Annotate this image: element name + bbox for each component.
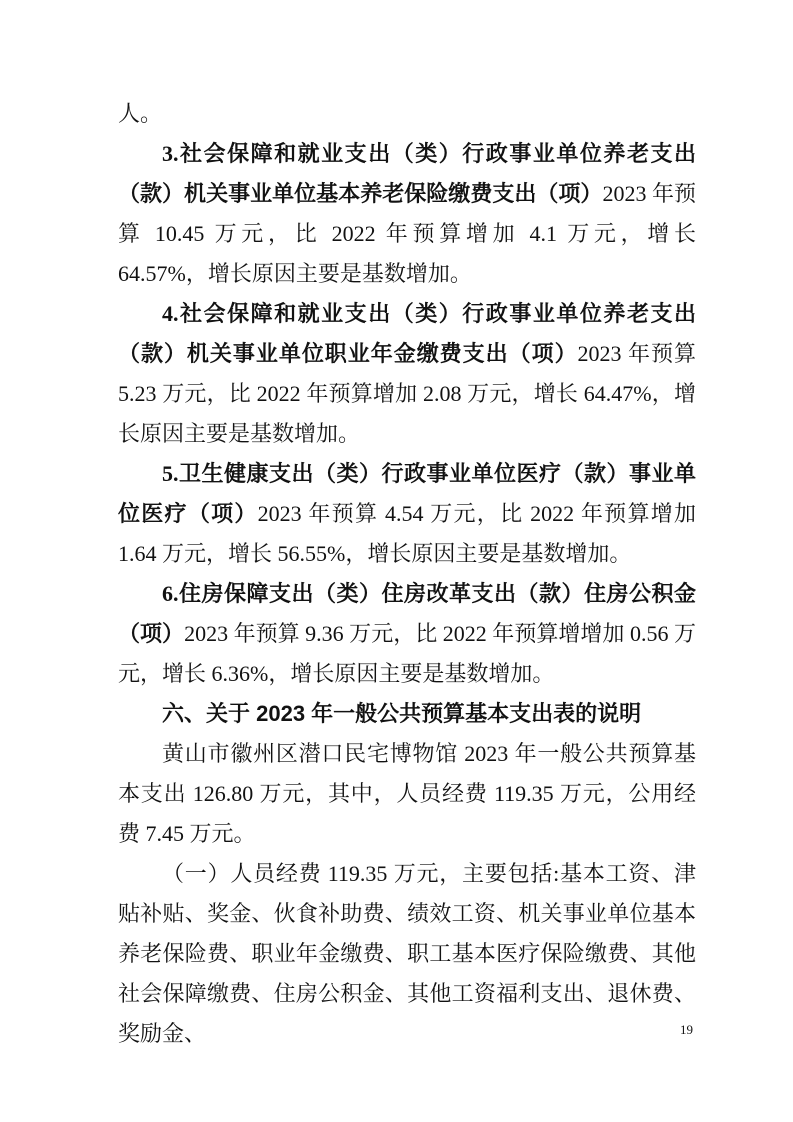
personnel-expense-paragraph: （一）人员经费 119.35 万元，主要包括:基本工资、津贴补贴、奖金、伙食补助… xyxy=(118,854,696,1054)
document-body: 人。 3.社会保障和就业支出（类）行政事业单位养老支出（款）机关事业单位基本养老… xyxy=(118,94,696,1054)
document-page: 人。 3.社会保障和就业支出（类）行政事业单位养老支出（款）机关事业单位基本养老… xyxy=(0,0,793,1122)
summary-paragraph: 黄山市徽州区潜口民宅博物馆 2023 年一般公共预算基本支出 126.80 万元… xyxy=(118,734,696,854)
continuation-text: 人。 xyxy=(118,101,162,126)
paragraph-6-text: 2023 年预算 9.36 万元，比 2022 年预算增增加 0.56 万元，增… xyxy=(118,621,696,686)
paragraph-continuation: 人。 xyxy=(118,94,696,134)
numbered-paragraph-3: 3.社会保障和就业支出（类）行政事业单位养老支出（款）机关事业单位基本养老保险缴… xyxy=(118,134,696,294)
section-heading: 六、关于 2023 年一般公共预算基本支出表的说明 xyxy=(118,694,696,734)
numbered-paragraph-5: 5.卫生健康支出（类）行政事业单位医疗（款）事业单位医疗（项）2023 年预算 … xyxy=(118,454,696,574)
page-number: 19 xyxy=(680,1021,693,1039)
numbered-paragraph-6: 6.住房保障支出（类）住房改革支出（款）住房公积金（项）2023 年预算 9.3… xyxy=(118,574,696,694)
numbered-paragraph-4: 4.社会保障和就业支出（类）行政事业单位养老支出（款）机关事业单位职业年金缴费支… xyxy=(118,294,696,454)
